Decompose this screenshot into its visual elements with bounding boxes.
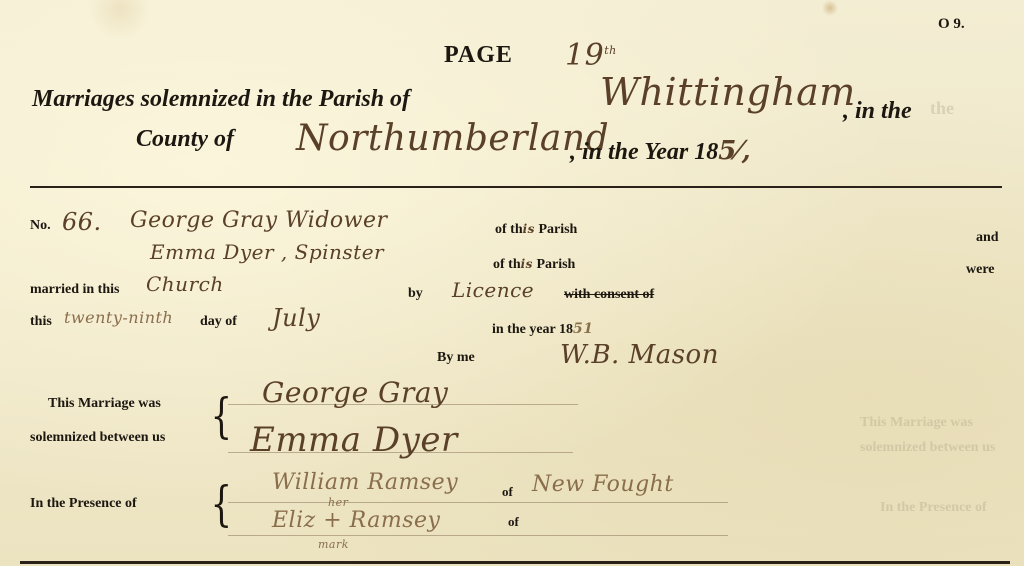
page-number: 19th xyxy=(565,38,617,73)
married-in-place: Church xyxy=(146,272,224,296)
title-line-1: Marriages solemnized in the Parish of xyxy=(32,86,410,113)
solemnized-label-2: solemnized between us xyxy=(30,430,165,446)
reference-code: O 9. xyxy=(938,16,965,33)
consent-struck-text: with consent of xyxy=(564,287,654,303)
county-name: Northumberland xyxy=(296,118,609,159)
title-line-1-end: , in the xyxy=(843,98,912,125)
were-label: were xyxy=(966,262,995,278)
solemnized-label-1: This Marriage was xyxy=(48,396,161,412)
witness-1-signature: William Ramsey xyxy=(272,470,458,495)
brace-icon: { xyxy=(211,392,232,440)
bleed-through-text: the xyxy=(930,98,954,119)
groom-signature: George Gray xyxy=(262,376,448,409)
by-me-label: By me xyxy=(437,350,475,366)
by-method: Licence xyxy=(452,278,534,302)
and-label: and xyxy=(976,230,999,246)
bleed-through-text: In the Presence of xyxy=(880,500,987,516)
married-in-label: married in this xyxy=(30,282,119,298)
register-page: the This Marriage was solemnized between… xyxy=(0,0,1024,566)
bottom-divider xyxy=(20,561,1010,564)
bleed-through-text: This Marriage was xyxy=(860,415,973,431)
parish-line-2: of this Parish xyxy=(493,257,575,273)
witness-1-place: New Fought xyxy=(532,472,674,497)
year-entry: in the year 1851 xyxy=(492,321,594,338)
county-label: County of xyxy=(136,126,234,153)
witness-line xyxy=(228,535,728,536)
officiant-signature: W.B. Mason xyxy=(560,340,719,370)
bride-signature: Emma Dyer xyxy=(250,420,458,460)
this-label: this xyxy=(30,314,52,330)
year-label: , in the Year 185⁄, xyxy=(570,136,751,166)
bleed-through-text: solemnized between us xyxy=(860,440,995,456)
parish-line-1: of this Parish xyxy=(495,222,577,238)
entry-number-label: No. xyxy=(30,218,51,234)
witness-1-of: of xyxy=(502,484,513,500)
day-of-label: day of xyxy=(200,314,237,330)
brace-icon: { xyxy=(211,480,232,528)
month-value: July xyxy=(272,304,320,332)
groom-name-entry: George Gray Widower xyxy=(130,208,388,233)
page-label: PAGE xyxy=(444,42,513,69)
presence-label: In the Presence of xyxy=(30,496,137,512)
witness-2-signature: Eliz + Ramsey xyxy=(272,508,440,533)
by-label: by xyxy=(408,286,423,302)
bride-name-entry: Emma Dyer , Spinster xyxy=(150,240,384,264)
day-value: twenty-ninth xyxy=(64,308,173,327)
witness-line xyxy=(228,502,728,503)
entry-number: 66. xyxy=(62,208,102,236)
witness-2-mark: mark xyxy=(318,538,349,551)
witness-2-of: of xyxy=(508,514,519,530)
header-divider xyxy=(30,186,1002,188)
parish-name: Whittingham xyxy=(600,70,856,114)
